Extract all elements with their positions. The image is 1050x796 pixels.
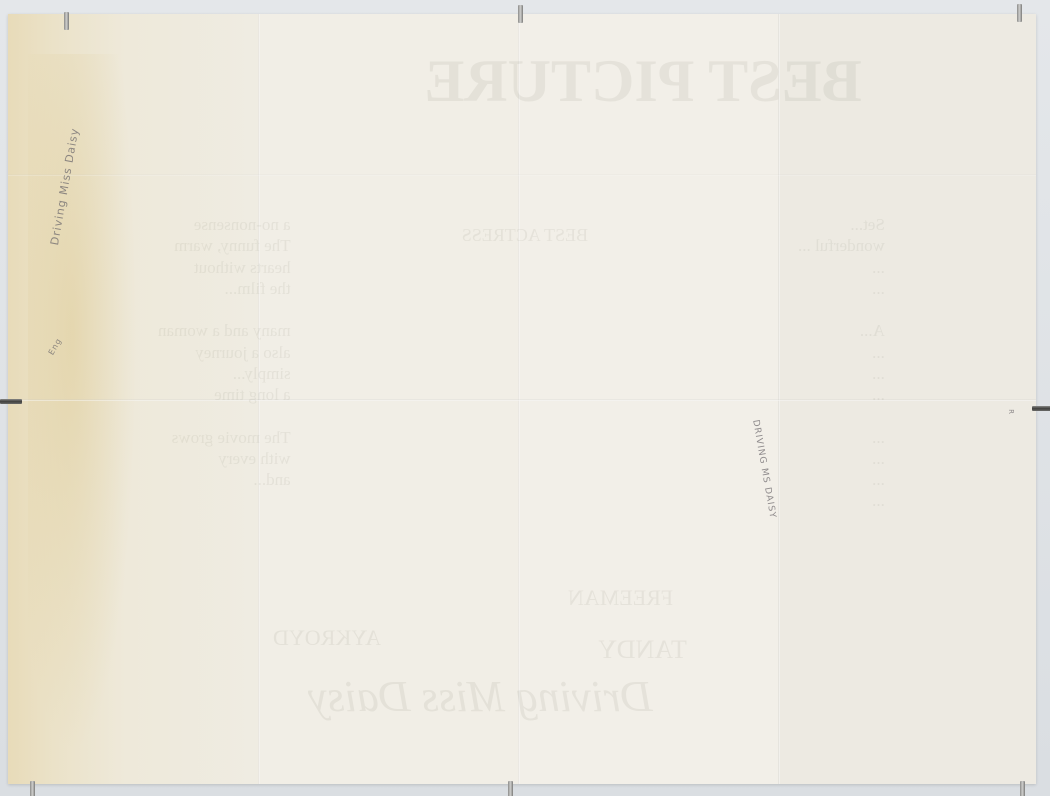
show-through-headline: BEST PICTURE — [258, 44, 1028, 119]
show-through-name-top: FREEMAN — [568, 584, 673, 612]
print-rule-line — [8, 174, 1036, 176]
push-pin — [518, 5, 523, 23]
push-pin — [30, 781, 35, 796]
show-through-left-copy: a no-nonsense The funny, warm hearts wit… — [158, 214, 291, 490]
push-pin — [1020, 781, 1025, 796]
show-through-title-art: Driving Miss Daisy — [308, 669, 653, 724]
push-pin — [1032, 406, 1050, 411]
push-pin — [1017, 4, 1022, 22]
pencil-note-r: R — [1007, 409, 1015, 415]
show-through-name-center: TANDY — [598, 634, 687, 667]
age-stain-spot — [28, 54, 138, 754]
show-through-best-actress: BEST ACTRESS — [468, 224, 588, 247]
push-pin — [508, 781, 513, 796]
poster-back: BEST PICTURE BEST ACTRESS FREEMAN AYKROY… — [8, 14, 1036, 784]
show-through-name-left: AYKROYD — [273, 624, 381, 652]
show-through-right-copy: Set... wonderful ... ... ... A... ... ..… — [798, 214, 885, 512]
push-pin — [64, 12, 69, 30]
push-pin — [0, 399, 22, 404]
